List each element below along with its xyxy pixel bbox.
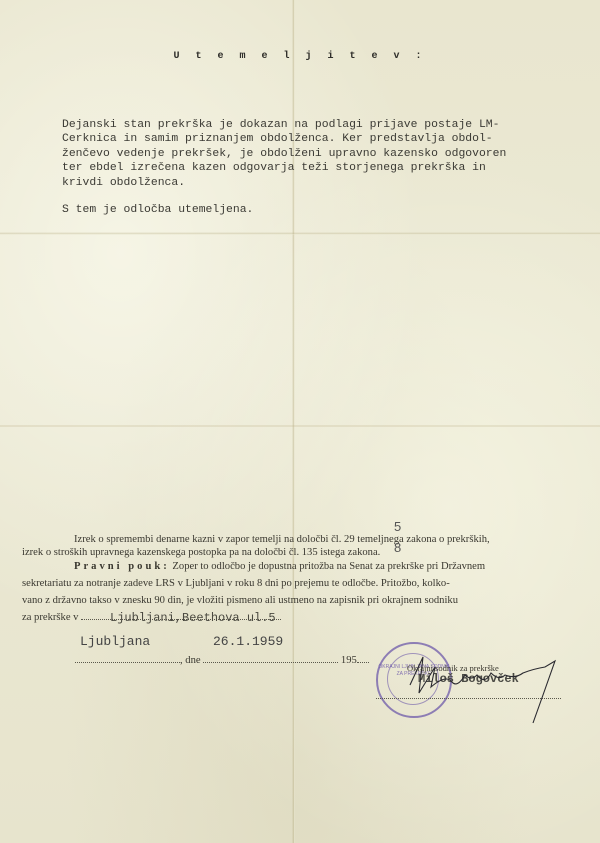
reasoning-line: krivdi obdolženca.	[62, 176, 562, 190]
appeal-line-4: za prekrške v	[22, 608, 582, 627]
reasoning-line: Cerknica in samim priznanjem obdolženca.…	[62, 132, 562, 146]
place-date-line: , dne 195	[75, 652, 369, 666]
section-heading: U t e m e l j i t e v :	[0, 51, 600, 62]
city-dotted-line	[75, 652, 180, 663]
appeal-instructions: Pravni pouk: Zoper to odločbo je dopustn…	[22, 557, 582, 627]
year-dotted-line	[357, 652, 369, 663]
conclusion-sentence: S tem je odločba utemeljena.	[62, 204, 253, 216]
handwritten-signature-icon	[405, 645, 575, 725]
dne-label: , dne	[180, 655, 201, 666]
address-typed: Ljubljani,Beethova ul.5	[110, 611, 276, 625]
date-typed: 26.1.1959	[213, 634, 283, 649]
appeal-line-1-text: Zoper to odločbo je dopustna pritožba na…	[172, 561, 485, 572]
horizontal-fold-crease-lower	[0, 425, 600, 427]
city-typed: Ljubljana	[80, 634, 150, 649]
appeal-label: Pravni pouk:	[74, 561, 170, 572]
handwritten-correction-5: 5	[394, 519, 401, 534]
appeal-line-4-text: za prekrške v	[22, 612, 78, 623]
reasoning-line: ženčevo vedenje prekršek, je obdolženi u…	[62, 147, 562, 161]
reasoning-line: Dejanski stan prekrška je dokazan na pod…	[62, 118, 562, 132]
reasoning-paragraph: Dejanski stan prekrška je dokazan na pod…	[62, 118, 562, 190]
handwritten-correction-8: 8	[394, 540, 401, 555]
year-prefix: 195	[341, 655, 357, 666]
horizontal-fold-crease	[0, 232, 600, 235]
date-dotted-line	[203, 652, 338, 663]
reasoning-line: ter ebdel izrečena kazen odgovarja teži …	[62, 161, 562, 175]
